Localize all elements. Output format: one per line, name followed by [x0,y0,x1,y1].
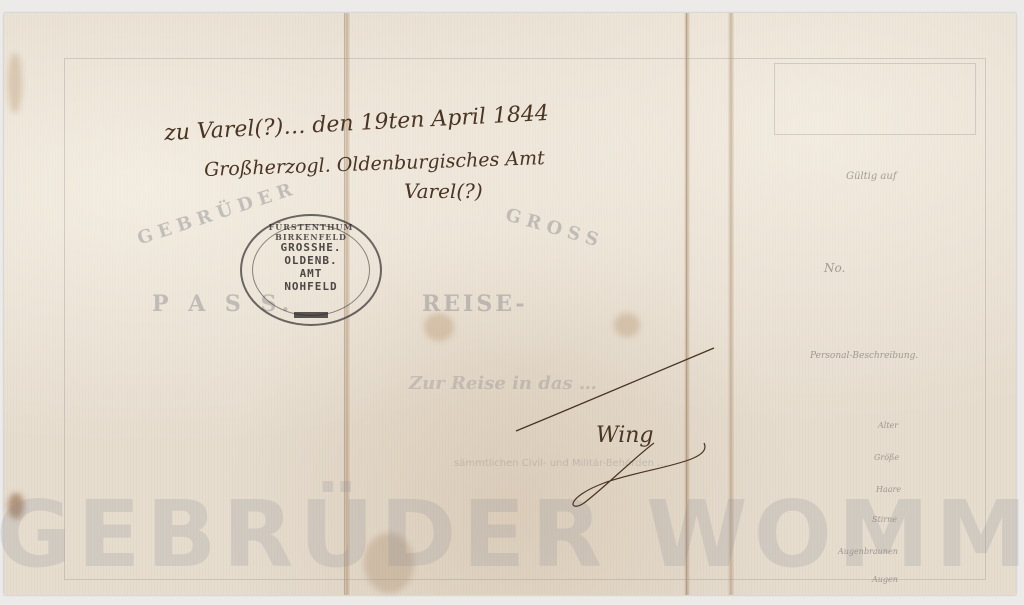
signature-flourish [4,13,1016,595]
signature: Wing [596,423,654,448]
official-stamp: FÜRSTENTHUM BIRKENFELD GROSSHE. OLDENB. … [240,214,382,326]
stamp-line-4: NOHFELD [242,280,380,293]
stamp-line-2: OLDENB. [242,254,380,267]
stamp-line-3: AMT [242,267,380,280]
stamp-bar [294,312,328,318]
stamp-line-1: GROSSHE. [242,241,380,254]
stamp-ring-text: FÜRSTENTHUM BIRKENFELD [242,222,380,242]
document-sheet: GEBRÜDER GROSS P A S S. REISE- Zur Reise… [4,13,1016,595]
